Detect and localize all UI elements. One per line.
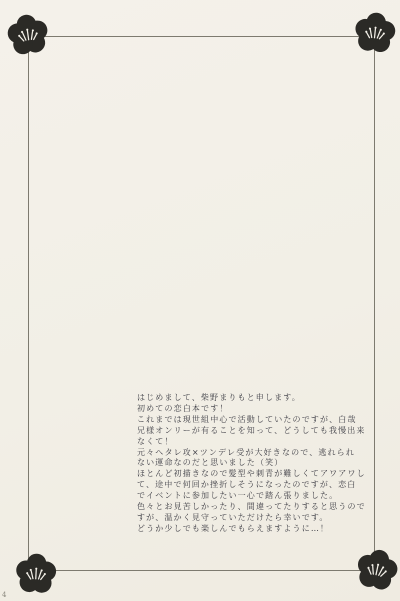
afterword-line: ない運命なのだと思いました（笑）	[137, 458, 387, 469]
afterword-line: て、途中で何回か挫折しそうになったのですが、恋白	[137, 480, 387, 491]
afterword-line: 元々ヘタレ攻×ツンデレ受が大好きなので、逃れられ	[137, 448, 387, 459]
afterword-line: なくて！	[137, 437, 387, 448]
afterword-line: どうか少しでも楽しんでもらえますように…！	[137, 524, 387, 535]
plum-blossom-icon	[350, 543, 400, 598]
afterword-line: これまでは現世組中心で活動していたのですが、白哉	[137, 415, 387, 426]
afterword-line: はじめまして、柴野まりもと申します。	[137, 393, 387, 404]
page-number: 4	[2, 591, 6, 599]
plum-blossom-icon	[2, 9, 54, 61]
plum-blossom-icon	[350, 8, 400, 59]
afterword-line: ほとんど初描きなので髪型や刺青が難しくてアワアワし	[137, 469, 387, 480]
afterword-line: でイベントに参加したい一心で踏ん張りました。	[137, 491, 387, 502]
afterword-text-block: はじめまして、柴野まりもと申します。 初めての恋白本です！ これまでは現世組中心…	[137, 393, 387, 535]
doujinshi-page: はじめまして、柴野まりもと申します。 初めての恋白本です！ これまでは現世組中心…	[0, 0, 400, 601]
afterword-line: すが、温かく見守っていただけたら幸いです。	[137, 513, 387, 524]
plum-blossom-icon	[12, 550, 60, 598]
afterword-line: 初めての恋白本です！	[137, 404, 387, 415]
afterword-line: 色々とお見苦しかったり、間違ってたりすると思うので	[137, 502, 387, 513]
afterword-line: 兄様オンリーが有ることを知って、どうしても我慢出来	[137, 426, 387, 437]
